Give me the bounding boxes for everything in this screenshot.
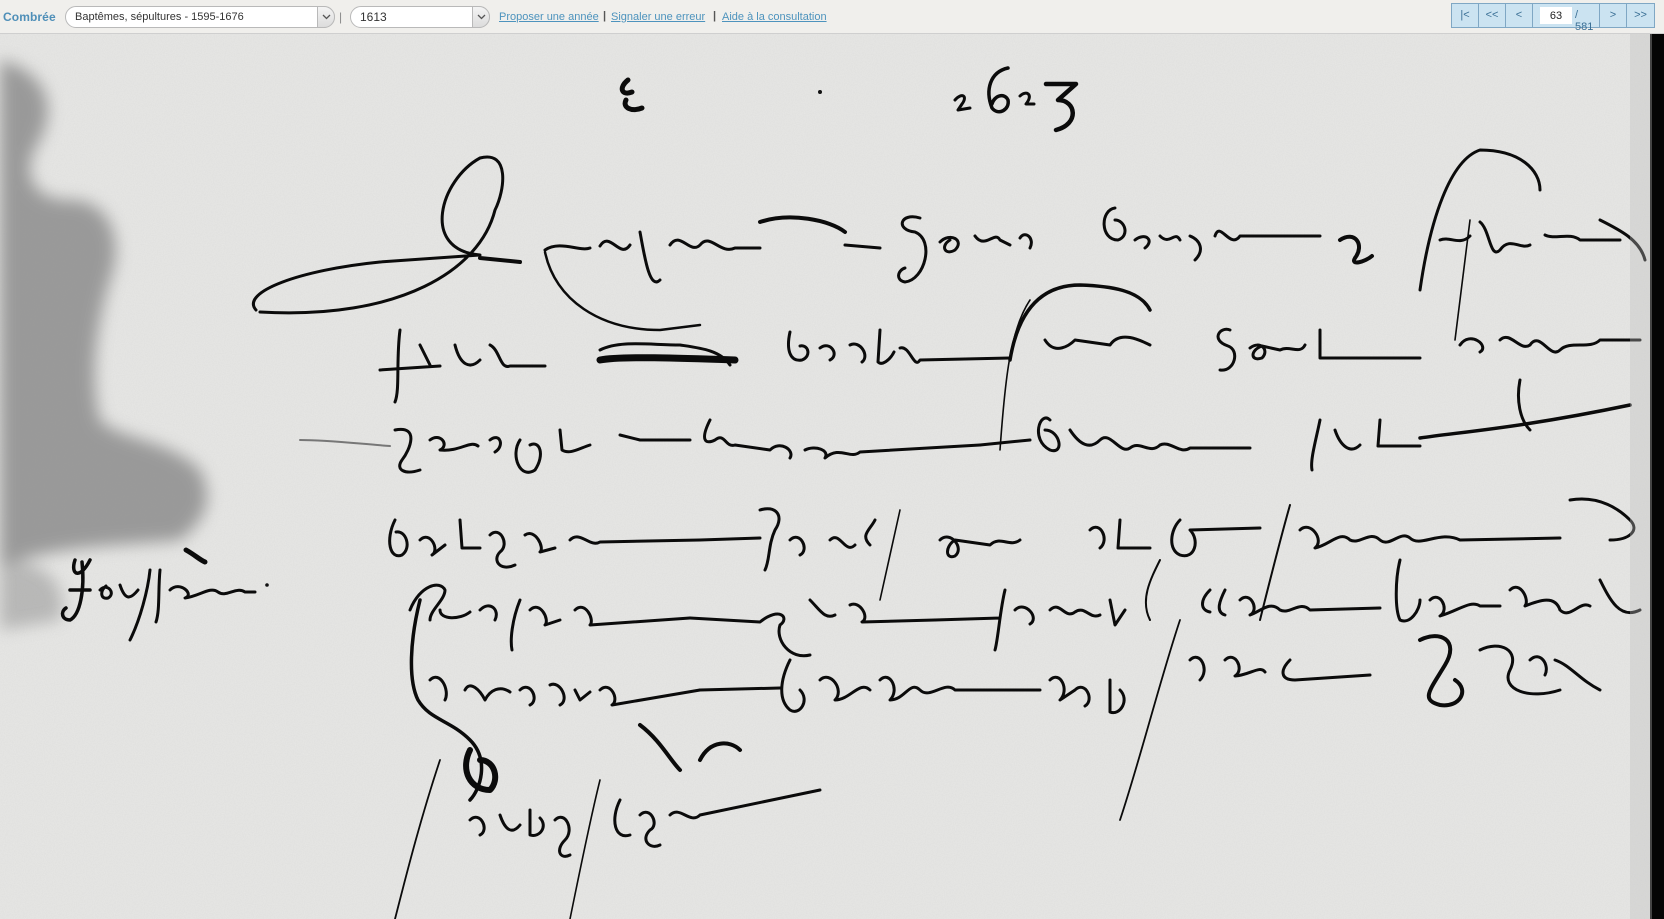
report-error-link[interactable]: Signaler une erreur [611,11,705,23]
chevron-down-icon[interactable] [317,6,335,28]
collection-select-value: Baptêmes, sépultures - 1595-1676 [75,11,244,23]
first-page-button[interactable]: |< [1452,4,1479,27]
collection-select[interactable]: Baptêmes, sépultures - 1595-1676 [65,6,335,28]
fast-forward-button[interactable]: >> [1627,4,1654,27]
commune-name[interactable]: Combrée [3,10,56,24]
chevron-down-icon[interactable] [472,6,490,28]
year-select-value: 1613 [360,10,387,24]
viewer-toolbar: Combrée Baptêmes, sépultures - 1595-1676… [0,0,1664,34]
link-separator: | [713,10,716,22]
previous-page-button[interactable]: < [1506,4,1533,27]
scanned-register-page [0,34,1664,919]
toolbar-separator: | [339,10,342,24]
help-link[interactable]: Aide à la consultation [722,11,827,23]
link-separator: | [603,10,606,22]
page-counter: / 581 [1533,4,1600,27]
page-number-input[interactable] [1540,7,1572,24]
propose-year-link[interactable]: Proposer une année [499,11,599,23]
document-viewer[interactable] [0,34,1664,919]
next-page-button[interactable]: > [1600,4,1627,27]
year-select[interactable]: 1613 [350,6,490,28]
total-pages: / 581 [1575,9,1599,33]
page-navigator: |< << < / 581 > >> [1451,3,1655,28]
fast-back-button[interactable]: << [1479,4,1506,27]
